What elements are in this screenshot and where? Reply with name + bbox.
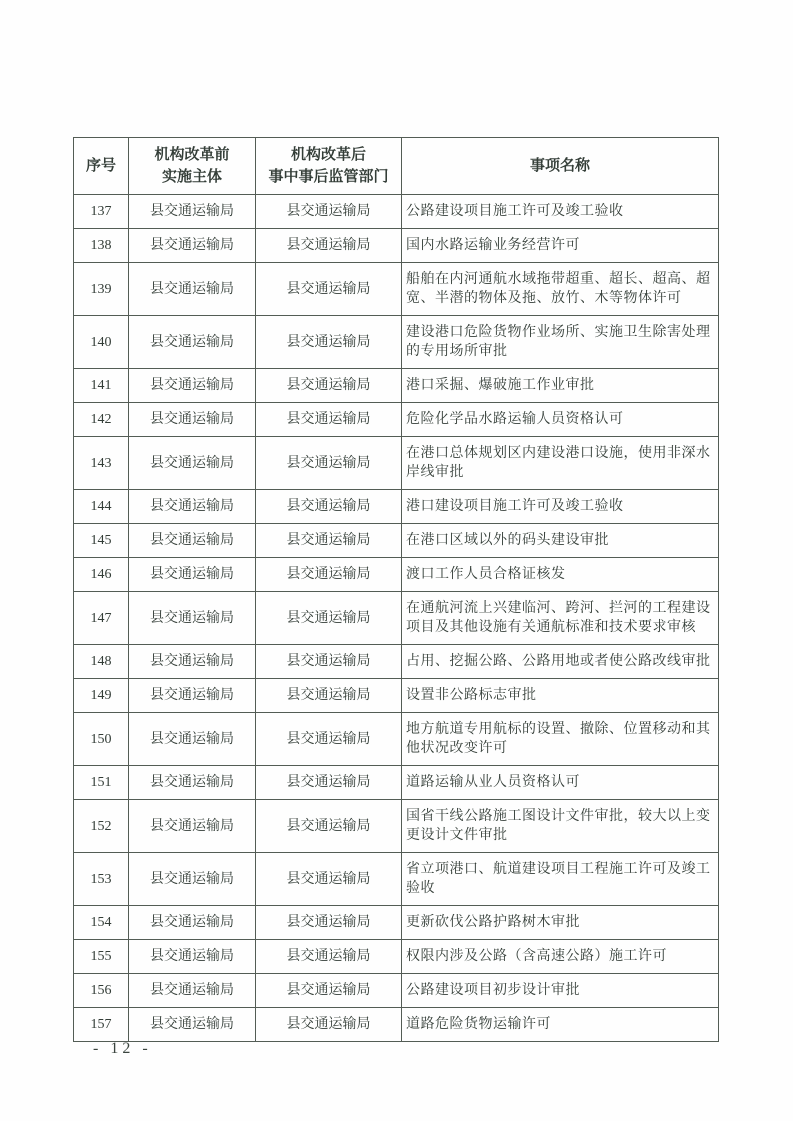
table-row: 145县交通运输局县交通运输局在港口区域以外的码头建设审批 bbox=[74, 524, 719, 558]
cell-after: 县交通运输局 bbox=[256, 940, 402, 974]
column-header-item: 事项名称 bbox=[402, 138, 719, 195]
column-header-no: 序号 bbox=[74, 138, 129, 195]
column-header-after: 机构改革后 事中事后监管部门 bbox=[256, 138, 402, 195]
cell-before: 县交通运输局 bbox=[129, 195, 256, 229]
table-row: 152县交通运输局县交通运输局国省干线公路施工图设计文件审批，较大以上变更设计文… bbox=[74, 800, 719, 853]
cell-no: 139 bbox=[74, 263, 129, 316]
table-header-row: 序号机构改革前 实施主体机构改革后 事中事后监管部门事项名称 bbox=[74, 138, 719, 195]
cell-after: 县交通运输局 bbox=[256, 679, 402, 713]
cell-before: 县交通运输局 bbox=[129, 906, 256, 940]
cell-item: 在通航河流上兴建临河、跨河、拦河的工程建设项目及其他设施有关通航标准和技术要求审… bbox=[402, 592, 719, 645]
cell-before: 县交通运输局 bbox=[129, 645, 256, 679]
cell-item: 道路运输从业人员资格认可 bbox=[402, 766, 719, 800]
table-row: 149县交通运输局县交通运输局设置非公路标志审批 bbox=[74, 679, 719, 713]
cell-before: 县交通运输局 bbox=[129, 766, 256, 800]
table-row: 151县交通运输局县交通运输局道路运输从业人员资格认可 bbox=[74, 766, 719, 800]
cell-no: 155 bbox=[74, 940, 129, 974]
cell-after: 县交通运输局 bbox=[256, 800, 402, 853]
cell-before: 县交通运输局 bbox=[129, 369, 256, 403]
cell-item: 港口采掘、爆破施工作业审批 bbox=[402, 369, 719, 403]
table-row: 139县交通运输局县交通运输局船舶在内河通航水域拖带超重、超长、超高、超宽、半潜… bbox=[74, 263, 719, 316]
cell-after: 县交通运输局 bbox=[256, 766, 402, 800]
cell-after: 县交通运输局 bbox=[256, 369, 402, 403]
cell-item: 地方航道专用航标的设置、撤除、位置移动和其他状况改变许可 bbox=[402, 713, 719, 766]
table-row: 153县交通运输局县交通运输局省立项港口、航道建设项目工程施工许可及竣工验收 bbox=[74, 853, 719, 906]
cell-before: 县交通运输局 bbox=[129, 558, 256, 592]
regulation-items-table: 序号机构改革前 实施主体机构改革后 事中事后监管部门事项名称 137县交通运输局… bbox=[73, 137, 719, 1042]
cell-after: 县交通运输局 bbox=[256, 316, 402, 369]
cell-after: 县交通运输局 bbox=[256, 853, 402, 906]
cell-after: 县交通运输局 bbox=[256, 195, 402, 229]
table-row: 147县交通运输局县交通运输局在通航河流上兴建临河、跨河、拦河的工程建设项目及其… bbox=[74, 592, 719, 645]
cell-after: 县交通运输局 bbox=[256, 263, 402, 316]
cell-before: 县交通运输局 bbox=[129, 800, 256, 853]
table-row: 138县交通运输局县交通运输局国内水路运输业务经营许可 bbox=[74, 229, 719, 263]
cell-item: 在港口总体规划区内建设港口设施，使用非深水岸线审批 bbox=[402, 437, 719, 490]
cell-before: 县交通运输局 bbox=[129, 524, 256, 558]
cell-no: 148 bbox=[74, 645, 129, 679]
table-row: 137县交通运输局县交通运输局公路建设项目施工许可及竣工验收 bbox=[74, 195, 719, 229]
table-header: 序号机构改革前 实施主体机构改革后 事中事后监管部门事项名称 bbox=[74, 138, 719, 195]
cell-no: 137 bbox=[74, 195, 129, 229]
table-row: 150县交通运输局县交通运输局地方航道专用航标的设置、撤除、位置移动和其他状况改… bbox=[74, 713, 719, 766]
cell-no: 147 bbox=[74, 592, 129, 645]
cell-after: 县交通运输局 bbox=[256, 524, 402, 558]
table-row: 155县交通运输局县交通运输局权限内涉及公路（含高速公路）施工许可 bbox=[74, 940, 719, 974]
cell-item: 公路建设项目施工许可及竣工验收 bbox=[402, 195, 719, 229]
cell-no: 141 bbox=[74, 369, 129, 403]
cell-before: 县交通运输局 bbox=[129, 263, 256, 316]
cell-before: 县交通运输局 bbox=[129, 592, 256, 645]
cell-item: 省立项港口、航道建设项目工程施工许可及竣工验收 bbox=[402, 853, 719, 906]
cell-after: 县交通运输局 bbox=[256, 558, 402, 592]
table-row: 141县交通运输局县交通运输局港口采掘、爆破施工作业审批 bbox=[74, 369, 719, 403]
cell-after: 县交通运输局 bbox=[256, 403, 402, 437]
cell-no: 146 bbox=[74, 558, 129, 592]
cell-before: 县交通运输局 bbox=[129, 1008, 256, 1042]
cell-item: 建设港口危险货物作业场所、实施卫生除害处理的专用场所审批 bbox=[402, 316, 719, 369]
cell-before: 县交通运输局 bbox=[129, 940, 256, 974]
cell-after: 县交通运输局 bbox=[256, 437, 402, 490]
cell-after: 县交通运输局 bbox=[256, 906, 402, 940]
cell-after: 县交通运输局 bbox=[256, 1008, 402, 1042]
cell-no: 138 bbox=[74, 229, 129, 263]
cell-item: 在港口区域以外的码头建设审批 bbox=[402, 524, 719, 558]
cell-after: 县交通运输局 bbox=[256, 645, 402, 679]
cell-after: 县交通运输局 bbox=[256, 592, 402, 645]
cell-before: 县交通运输局 bbox=[129, 437, 256, 490]
cell-item: 设置非公路标志审批 bbox=[402, 679, 719, 713]
cell-item: 公路建设项目初步设计审批 bbox=[402, 974, 719, 1008]
cell-before: 县交通运输局 bbox=[129, 490, 256, 524]
cell-item: 危险化学品水路运输人员资格认可 bbox=[402, 403, 719, 437]
cell-no: 150 bbox=[74, 713, 129, 766]
table-row: 148县交通运输局县交通运输局占用、挖掘公路、公路用地或者使公路改线审批 bbox=[74, 645, 719, 679]
cell-no: 142 bbox=[74, 403, 129, 437]
table-row: 143县交通运输局县交通运输局在港口总体规划区内建设港口设施，使用非深水岸线审批 bbox=[74, 437, 719, 490]
cell-no: 151 bbox=[74, 766, 129, 800]
cell-after: 县交通运输局 bbox=[256, 974, 402, 1008]
cell-after: 县交通运输局 bbox=[256, 229, 402, 263]
table-row: 142县交通运输局县交通运输局危险化学品水路运输人员资格认可 bbox=[74, 403, 719, 437]
column-header-before: 机构改革前 实施主体 bbox=[129, 138, 256, 195]
cell-before: 县交通运输局 bbox=[129, 316, 256, 369]
cell-item: 占用、挖掘公路、公路用地或者使公路改线审批 bbox=[402, 645, 719, 679]
table-row: 156县交通运输局县交通运输局公路建设项目初步设计审批 bbox=[74, 974, 719, 1008]
document-page: 序号机构改革前 实施主体机构改革后 事中事后监管部门事项名称 137县交通运输局… bbox=[0, 0, 793, 1121]
cell-item: 权限内涉及公路（含高速公路）施工许可 bbox=[402, 940, 719, 974]
table-row: 144县交通运输局县交通运输局港口建设项目施工许可及竣工验收 bbox=[74, 490, 719, 524]
page-number: - 12 - bbox=[93, 1040, 152, 1058]
cell-after: 县交通运输局 bbox=[256, 490, 402, 524]
table-row: 140县交通运输局县交通运输局建设港口危险货物作业场所、实施卫生除害处理的专用场… bbox=[74, 316, 719, 369]
cell-item: 国省干线公路施工图设计文件审批，较大以上变更设计文件审批 bbox=[402, 800, 719, 853]
cell-before: 县交通运输局 bbox=[129, 713, 256, 766]
cell-item: 渡口工作人员合格证核发 bbox=[402, 558, 719, 592]
cell-no: 156 bbox=[74, 974, 129, 1008]
cell-item: 道路危险货物运输许可 bbox=[402, 1008, 719, 1042]
cell-no: 140 bbox=[74, 316, 129, 369]
cell-no: 153 bbox=[74, 853, 129, 906]
cell-no: 152 bbox=[74, 800, 129, 853]
table-body: 137县交通运输局县交通运输局公路建设项目施工许可及竣工验收138县交通运输局县… bbox=[74, 195, 719, 1042]
table-row: 154县交通运输局县交通运输局更新砍伐公路护路树木审批 bbox=[74, 906, 719, 940]
cell-item: 船舶在内河通航水域拖带超重、超长、超高、超宽、半潜的物体及拖、放竹、木等物体许可 bbox=[402, 263, 719, 316]
cell-no: 154 bbox=[74, 906, 129, 940]
cell-item: 港口建设项目施工许可及竣工验收 bbox=[402, 490, 719, 524]
cell-after: 县交通运输局 bbox=[256, 713, 402, 766]
cell-no: 144 bbox=[74, 490, 129, 524]
cell-before: 县交通运输局 bbox=[129, 679, 256, 713]
cell-before: 县交通运输局 bbox=[129, 403, 256, 437]
cell-item: 国内水路运输业务经营许可 bbox=[402, 229, 719, 263]
cell-no: 157 bbox=[74, 1008, 129, 1042]
cell-before: 县交通运输局 bbox=[129, 974, 256, 1008]
cell-no: 143 bbox=[74, 437, 129, 490]
cell-before: 县交通运输局 bbox=[129, 853, 256, 906]
cell-no: 145 bbox=[74, 524, 129, 558]
cell-item: 更新砍伐公路护路树木审批 bbox=[402, 906, 719, 940]
table-row: 157县交通运输局县交通运输局道路危险货物运输许可 bbox=[74, 1008, 719, 1042]
table-row: 146县交通运输局县交通运输局渡口工作人员合格证核发 bbox=[74, 558, 719, 592]
cell-no: 149 bbox=[74, 679, 129, 713]
cell-before: 县交通运输局 bbox=[129, 229, 256, 263]
